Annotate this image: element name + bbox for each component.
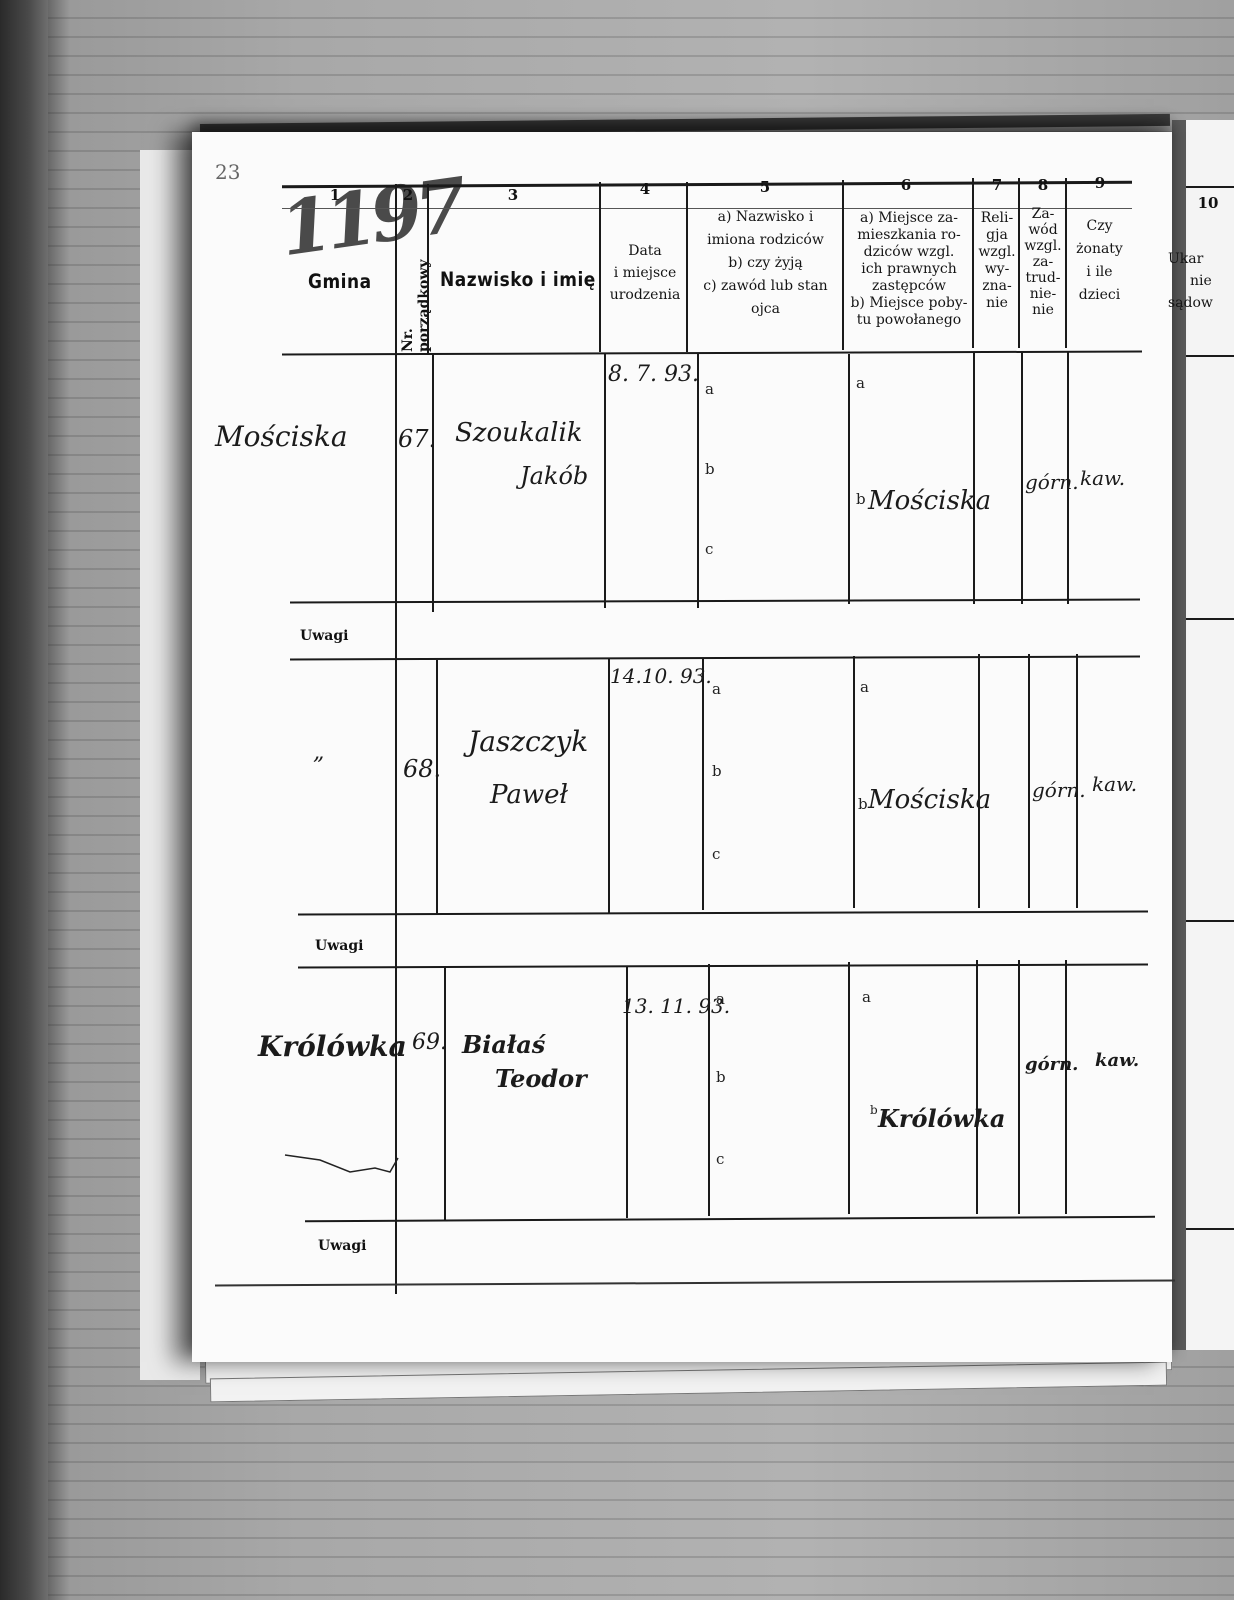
column-divider-6-7 [972, 178, 974, 348]
entry-3-label-b: b [716, 1068, 726, 1086]
header-line: mieszkania ro- [845, 227, 973, 244]
adjacent-page-rule [1186, 920, 1234, 922]
remarks-label: Uwagi [318, 1238, 366, 1254]
column-number-5: 5 [755, 178, 775, 196]
column-divider-1-2 [395, 184, 397, 1294]
entry-3-col6-label-a: a [862, 988, 871, 1006]
remarks-label: Uwagi [315, 938, 363, 954]
header-line: wód [1020, 222, 1066, 238]
header-nazwisko-imie: Nazwisko i imię [440, 269, 596, 292]
entry-3-surname: Białaś [462, 1030, 545, 1059]
entry-1-label-a: a [705, 380, 714, 398]
header-line: dzieci [1067, 284, 1132, 307]
column-divider-8-9 [1065, 178, 1067, 348]
entry-1-surname: Szoukalik [455, 418, 583, 448]
pen-squiggle-mark [280, 1150, 405, 1180]
row-divider [702, 658, 704, 910]
header-line: zna- [974, 278, 1020, 295]
header-line: Ukar [1168, 248, 1234, 270]
entry-3-occupation: górn. [1025, 1054, 1078, 1075]
column-number-10: 10 [1193, 194, 1223, 212]
scan-edge-shadow [0, 0, 48, 1600]
header-line: Za- [1020, 206, 1066, 222]
column-number-6: 6 [896, 176, 916, 194]
entry-3-given-name: Teodor [495, 1064, 587, 1093]
header-line: dziców wzgl. [845, 244, 973, 261]
row-divider [1065, 960, 1067, 1214]
row-divider [978, 654, 980, 908]
entry-1-occupation: górn. [1025, 470, 1079, 494]
header-rodzice: a) Nazwisko i imiona rodziców b) czy żyj… [688, 206, 843, 321]
column-number-4: 4 [635, 180, 655, 198]
entry-1-label-c: c [705, 540, 713, 558]
header-line: c) zawód lub stan [688, 275, 843, 298]
header-miejsce-zamieszkania: a) Miejsce za- mieszkania ro- dziców wzg… [845, 210, 973, 329]
entry-1-nr: 67. [398, 425, 436, 453]
header-line: tu powołanego [845, 312, 973, 329]
header-line: a) Miejsce za- [845, 210, 973, 227]
entry-3-label-a: a [716, 990, 725, 1008]
header-line: i miejsce [603, 262, 687, 284]
header-line: Data [603, 240, 687, 262]
entry-3-nr: 69. [412, 1030, 447, 1055]
header-line: nie [1168, 270, 1234, 292]
header-line: a) Nazwisko i [688, 206, 843, 229]
entry-3-label-c: c [716, 1150, 724, 1168]
entry-3-col6-label-b: b [870, 1103, 878, 1117]
header-line: imiona rodziców [688, 229, 843, 252]
entry-2-label-c: c [712, 845, 720, 863]
entry-3-gmina: Królówka [258, 1030, 407, 1063]
header-line: i ile [1067, 261, 1132, 284]
entry-2-marital: kaw. [1092, 772, 1137, 796]
entry-1-label-b: b [705, 460, 715, 478]
row-divider [436, 660, 438, 915]
column-divider-4-5 [686, 182, 688, 352]
entry-3-marital: kaw. [1095, 1050, 1139, 1071]
entry-2-occupation: górn. [1032, 778, 1086, 802]
entry-2-label-a: a [712, 680, 721, 698]
header-zawod: Za- wód wzgl. za- trud- nie- nie [1020, 206, 1066, 318]
entry-1-birth-date: 8. 7. 93. [608, 362, 699, 387]
column-number-8: 8 [1033, 176, 1053, 194]
row-divider [973, 352, 975, 604]
entry-1-gmina: Mościska [215, 420, 348, 453]
entry-1-col6-label-b: b [856, 490, 866, 508]
header-line: ojca [688, 298, 843, 321]
adjacent-page-rule [1186, 186, 1234, 188]
header-line: sądow [1168, 292, 1234, 314]
row-divider [432, 354, 434, 612]
header-line: wy- [974, 261, 1020, 278]
header-line: Reli- [974, 210, 1020, 227]
header-ukarany: Ukar nie sądow [1168, 248, 1234, 314]
row-divider [1021, 352, 1023, 604]
entry-1-given-name: Jakób [520, 462, 588, 490]
adjacent-page-rule [1186, 1228, 1234, 1230]
column-number-1: 1 [325, 186, 345, 204]
header-zonaty: Czy żonaty i ile dzieci [1067, 215, 1132, 307]
header-line: żonaty [1067, 238, 1132, 261]
column-divider-5-6 [842, 180, 844, 350]
row-divider [848, 962, 850, 1214]
column-number-7: 7 [987, 176, 1007, 194]
header-line: Czy [1067, 215, 1132, 238]
header-line: zastępców [845, 278, 973, 295]
pencil-page-number: 23 [215, 160, 240, 184]
header-data-urodzenia: Data i miejsce urodzenia [603, 240, 687, 306]
row-divider [604, 354, 606, 608]
header-gmina: Gmina [308, 271, 372, 294]
header-line: urodzenia [603, 284, 687, 306]
column-divider-2-3 [427, 184, 429, 354]
header-line: wzgl. [1020, 238, 1066, 254]
entry-1-marital: kaw. [1080, 466, 1125, 490]
header-line: nie [1020, 302, 1066, 318]
entry-2-col6-label-b: b [858, 795, 868, 813]
entry-2-gmina-ditto: „ [313, 740, 324, 765]
row-divider [608, 658, 610, 914]
column-number-9: 9 [1090, 174, 1110, 192]
entry-1-col6-label-a: a [856, 374, 865, 392]
entry-1-residence: Mościska [868, 486, 991, 516]
entry-2-nr: 68. [403, 755, 441, 783]
adjacent-page-rule [1186, 618, 1234, 620]
header-line: b) Miejsce poby- [845, 295, 973, 312]
row-divider [1028, 654, 1030, 908]
entry-2-surname: Jaszczyk [468, 725, 588, 758]
row-divider [444, 968, 446, 1220]
adjacent-page-rule [1186, 355, 1234, 357]
header-line: ich prawnych [845, 261, 973, 278]
row-divider [1018, 960, 1020, 1214]
entry-2-label-b: b [712, 762, 722, 780]
row-divider [976, 960, 978, 1214]
column-number-3: 3 [503, 186, 523, 204]
header-line: trud- [1020, 270, 1066, 286]
column-number-2: 2 [398, 186, 418, 204]
header-line: b) czy żyją [688, 252, 843, 275]
header-religia: Reli- gja wzgl. wy- zna- nie [974, 210, 1020, 312]
row-divider [853, 656, 855, 908]
header-line: nie- [1020, 286, 1066, 302]
entry-2-given-name: Paweł [490, 780, 568, 810]
entry-3-birth-date: 13. 11. 93. [622, 994, 730, 1018]
header-line: gja [974, 227, 1020, 244]
stacked-sheet-edge [140, 150, 200, 1380]
header-line: za- [1020, 254, 1066, 270]
entry-2-residence: Mościska [868, 785, 991, 815]
entry-2-birth-date: 14.10. 93. [610, 664, 712, 688]
entry-3-residence: Królówka [878, 1104, 1005, 1133]
header-line: nie [974, 295, 1020, 312]
remarks-label: Uwagi [300, 628, 348, 644]
column-divider-3-4 [599, 182, 601, 352]
column-divider-7-8 [1018, 178, 1020, 348]
row-divider [697, 354, 699, 608]
row-divider [848, 354, 850, 604]
header-line: wzgl. [974, 244, 1020, 261]
entry-2-col6-label-a: a [860, 678, 869, 696]
